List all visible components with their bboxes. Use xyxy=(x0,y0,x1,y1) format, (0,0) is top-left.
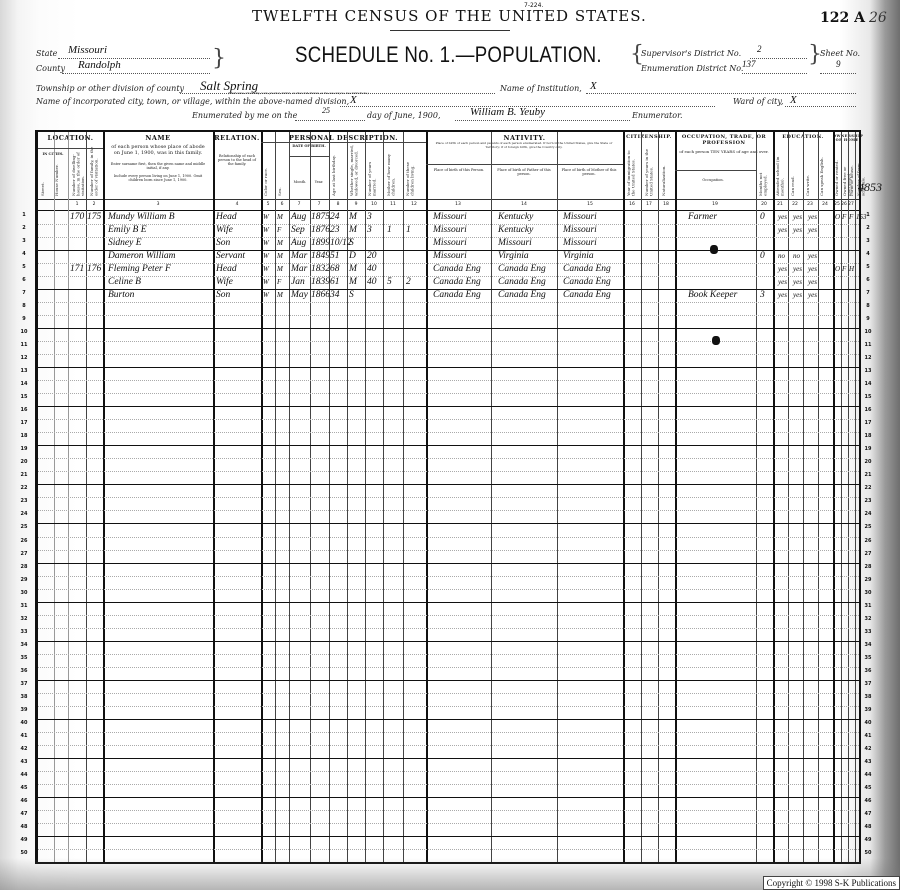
sheet-stamp: 122 A26 xyxy=(820,10,887,26)
row-number-left: 12 xyxy=(18,355,30,361)
row-number-left: 19 xyxy=(18,446,30,452)
row-divider xyxy=(38,537,859,538)
row-divider xyxy=(38,719,859,720)
cell-read: yes xyxy=(778,277,787,288)
name-note-1: Enter surname first, then the given name… xyxy=(108,162,208,170)
state-label: State xyxy=(36,49,57,58)
row-divider xyxy=(38,367,859,368)
row-number-right: 27 xyxy=(862,551,874,557)
township-label: Township or other division of county xyxy=(36,84,184,93)
cell-year: 1866 xyxy=(311,290,330,301)
row-number-right: 36 xyxy=(862,668,874,674)
cell-relation: Son xyxy=(216,290,230,301)
row-number-right: 11 xyxy=(862,342,874,348)
row-divider xyxy=(38,810,859,811)
row-number-right: 19 xyxy=(862,446,874,452)
row-number-left: 50 xyxy=(18,850,30,856)
cell-write: yes xyxy=(793,212,802,223)
row-number-left: 30 xyxy=(18,590,30,596)
cell-birth-father: Kentucky xyxy=(498,225,533,236)
street-header: Street. xyxy=(41,170,45,196)
cell-birth-father: Kentucky xyxy=(498,212,533,223)
row-number-left: 32 xyxy=(18,616,30,622)
cell-write: yes xyxy=(793,225,802,236)
dwelling-header: Number of dwelling-house, in the order o… xyxy=(72,142,85,196)
cell-sex: M xyxy=(277,290,283,301)
cell-years-married: 40 xyxy=(367,264,377,275)
citizenship-header: CITIZENSHIP. xyxy=(623,134,675,140)
row-number-right: 28 xyxy=(862,564,874,570)
cell-write: yes xyxy=(793,290,802,301)
table-row: 170175Mundy William BHeadWMAug187524M3Mi… xyxy=(38,212,859,225)
column-number: 12 xyxy=(408,202,420,207)
header-subdivider xyxy=(426,164,623,165)
row-divider xyxy=(38,732,859,733)
cell-owned: O xyxy=(835,212,840,223)
row-number-left: 33 xyxy=(18,629,30,635)
cell-name: Burton xyxy=(108,290,134,301)
cell-read: no xyxy=(778,251,785,262)
row-number-left: 8 xyxy=(18,303,30,309)
city-value: X xyxy=(350,94,357,106)
column-number: 27 xyxy=(845,202,857,207)
row-divider xyxy=(38,563,859,564)
table-row: Celine BWifeWFJan183961M4052Canada EngCa… xyxy=(38,277,859,290)
cell-marital: S xyxy=(349,290,354,301)
row-number-left: 5 xyxy=(18,264,30,270)
row-divider xyxy=(38,628,859,629)
row-number-left: 26 xyxy=(18,538,30,544)
cell-free: F xyxy=(842,264,846,275)
row-number-left: 31 xyxy=(18,603,30,609)
months-unemployed-header: Months not employed. xyxy=(759,162,768,196)
cell-year: 1832 xyxy=(311,264,330,275)
column-number: 16 xyxy=(626,202,638,207)
row-number-right: 45 xyxy=(862,785,874,791)
cell-age: 34 xyxy=(330,290,340,301)
cell-years-married: 3 xyxy=(367,225,372,236)
cell-write: no xyxy=(793,251,800,262)
row-number-left: 9 xyxy=(18,316,30,322)
cell-birth-father: Canada Eng xyxy=(498,277,546,288)
years-married-header: Number of years married. xyxy=(368,144,377,196)
row-divider xyxy=(38,641,859,642)
cell-free: F xyxy=(842,212,846,223)
row-number-left: 49 xyxy=(18,837,30,843)
row-divider xyxy=(38,836,859,837)
farm-house-header: Farm or house. xyxy=(850,144,854,196)
row-number-right: 23 xyxy=(862,498,874,504)
cell-living: 1 xyxy=(406,225,411,236)
cell-marital: M xyxy=(349,212,357,223)
header-subdivider xyxy=(675,170,756,171)
row-number-right: 47 xyxy=(862,811,874,817)
cell-color: W xyxy=(263,238,269,249)
row-number-right: 44 xyxy=(862,772,874,778)
enumerated-prefix: Enumerated by me on the xyxy=(192,111,297,120)
margin-note: 4853 xyxy=(858,180,882,195)
row-number-right: 31 xyxy=(862,603,874,609)
cell-birth-mother: Missouri xyxy=(563,225,597,236)
row-number-left: 10 xyxy=(18,329,30,335)
row-number-right: 42 xyxy=(862,746,874,752)
row-number-right: 34 xyxy=(862,642,874,648)
row-divider xyxy=(38,354,859,355)
enumerated-day: 25 xyxy=(322,106,330,115)
row-divider xyxy=(38,667,859,668)
cell-marital: D xyxy=(349,251,356,262)
table-row: Dameron WilliamServantWMMar184951D20Miss… xyxy=(38,251,859,264)
cell-sex: M xyxy=(277,264,283,275)
row-number-right: 39 xyxy=(862,707,874,713)
cell-birth-person: Missouri xyxy=(433,251,467,262)
cell-birth-father: Missouri xyxy=(498,238,532,249)
cell-relation: Son xyxy=(216,238,230,249)
column-number: 11 xyxy=(387,202,399,207)
owned-rented-header: Owned or rented. xyxy=(835,144,839,196)
cell-mother-of: 5 xyxy=(387,277,392,288)
schedule-title: SCHEDULE No. 1.—POPULATION. xyxy=(295,42,602,68)
cell-relation: Head xyxy=(216,264,237,275)
row-number-right: 2 xyxy=(862,225,874,231)
row-divider xyxy=(38,654,859,655)
row-divider xyxy=(38,680,859,681)
institution-value: X xyxy=(590,80,597,92)
cell-birth-person: Canada Eng xyxy=(433,277,481,288)
row-number-left: 24 xyxy=(18,511,30,517)
cell-read: yes xyxy=(778,290,787,301)
row-number-right: 8 xyxy=(862,303,874,309)
cell-read: yes xyxy=(778,212,787,223)
row-number-left: 44 xyxy=(18,772,30,778)
cell-month: Aug xyxy=(291,238,306,249)
row-number-left: 40 xyxy=(18,720,30,726)
stamp-number: 122 A xyxy=(820,10,865,26)
header-separator xyxy=(38,199,859,200)
row-number-left: 36 xyxy=(18,668,30,674)
row-number-left: 2 xyxy=(18,225,30,231)
cell-english: yes xyxy=(808,212,817,223)
column-number: 9 xyxy=(350,202,362,207)
row-number-left: 16 xyxy=(18,407,30,413)
cell-english: yes xyxy=(808,277,817,288)
row-number-left: 45 xyxy=(18,785,30,791)
row-number-left: 34 xyxy=(18,642,30,648)
row-number-right: 22 xyxy=(862,485,874,491)
row-number-right: 18 xyxy=(862,433,874,439)
row-number-left: 11 xyxy=(18,342,30,348)
cell-name: Sidney E xyxy=(108,238,142,249)
cell-family: 175 xyxy=(87,212,101,223)
cell-marital: M xyxy=(349,225,357,236)
row-number-right: 20 xyxy=(862,459,874,465)
row-number-right: 12 xyxy=(862,355,874,361)
row-number-left: 15 xyxy=(18,394,30,400)
cell-years-married: 3 xyxy=(367,212,372,223)
row-number-left: 23 xyxy=(18,498,30,504)
row-number-left: 42 xyxy=(18,746,30,752)
ward-value: X xyxy=(790,94,797,106)
row-number-right: 49 xyxy=(862,837,874,843)
column-number: 6 xyxy=(276,202,288,207)
naturalization-header: Naturalization. xyxy=(662,148,666,196)
column-number: 5 xyxy=(262,202,274,207)
row-number-left: 35 xyxy=(18,655,30,661)
row-number-left: 22 xyxy=(18,485,30,491)
row-number-right: 43 xyxy=(862,759,874,765)
cell-sex: F xyxy=(277,277,281,288)
cell-months-unemployed: 3 xyxy=(760,290,765,301)
cell-birth-mother: Canada Eng xyxy=(563,264,611,275)
row-number-left: 6 xyxy=(18,277,30,283)
table-header: LOCATION. IN CITIES. NAME of each person… xyxy=(38,132,859,211)
cell-birth-person: Canada Eng xyxy=(433,264,481,275)
enumeration-label: Enumeration District No. xyxy=(641,64,743,73)
mother-of-header: Mother of how many children. xyxy=(387,144,396,196)
cell-birth-father: Virginia xyxy=(498,251,529,262)
column-number: 21 xyxy=(774,202,786,207)
row-number-right: 3 xyxy=(862,238,874,244)
cell-owned: O xyxy=(835,264,840,275)
cell-birth-person: Canada Eng xyxy=(433,290,481,301)
enumeration-value: 137 xyxy=(742,59,756,69)
relation-description: Relationship of each person to the head … xyxy=(215,154,259,167)
row-divider xyxy=(38,497,859,498)
stamp-mark: 26 xyxy=(869,10,887,26)
row-divider xyxy=(38,445,859,446)
row-divider xyxy=(38,315,859,316)
ward-label: Ward of city, xyxy=(733,97,783,106)
cell-name: Celine B xyxy=(108,277,141,288)
cell-birth-person: Missouri xyxy=(433,225,467,236)
county-line xyxy=(62,73,210,74)
year-header: Year. xyxy=(310,180,328,184)
cell-mother-of: 1 xyxy=(387,225,392,236)
column-number: 15 xyxy=(584,202,596,207)
nativity-description: Place of birth of each person and parent… xyxy=(430,142,618,149)
row-number-left: 39 xyxy=(18,707,30,713)
cell-name: Fleming Peter F xyxy=(108,264,171,275)
column-number: 8 xyxy=(332,202,344,207)
row-divider xyxy=(38,471,859,472)
column-number: 22 xyxy=(789,202,801,207)
dob-subdivider xyxy=(289,156,329,157)
cell-farm: H xyxy=(849,264,854,275)
row-number-right: 35 xyxy=(862,655,874,661)
cell-birth-mother: Canada Eng xyxy=(563,290,611,301)
row-number-right: 17 xyxy=(862,420,874,426)
cell-age: 24 xyxy=(330,212,340,223)
cell-month: Aug xyxy=(291,212,306,223)
family-header: Number of family, in the order of visita… xyxy=(90,142,99,196)
enumerator-label: Enumerator. xyxy=(632,111,683,120)
row-number-right: 10 xyxy=(862,329,874,335)
row-divider xyxy=(38,602,859,603)
title-rule xyxy=(390,30,510,31)
month-header: Month. xyxy=(290,180,310,184)
row-number-right: 41 xyxy=(862,733,874,739)
row-number-left: 38 xyxy=(18,694,30,700)
cell-relation: Head xyxy=(216,212,237,223)
row-number-left: 43 xyxy=(18,759,30,765)
in-cities-header: IN CITIES. xyxy=(38,152,68,156)
supervisor-line xyxy=(750,58,807,59)
enumeration-line xyxy=(742,73,807,74)
can-write-header: Can write. xyxy=(806,144,810,196)
row-divider xyxy=(38,328,859,329)
row-divider xyxy=(38,615,859,616)
column-number: 24 xyxy=(819,202,831,207)
row-number-left: 29 xyxy=(18,577,30,583)
column-number: 1 xyxy=(71,202,83,207)
row-number-left: 18 xyxy=(18,433,30,439)
row-divider xyxy=(38,797,859,798)
row-divider xyxy=(38,393,859,394)
row-number-left: 21 xyxy=(18,472,30,478)
cell-name: Mundy William B xyxy=(108,212,175,223)
column-number: 13 xyxy=(452,202,464,207)
row-number-right: 48 xyxy=(862,824,874,830)
cell-marital: S xyxy=(349,238,354,249)
cell-months-unemployed: 0 xyxy=(760,251,765,262)
institution-line xyxy=(586,93,856,94)
table-row: 171176Fleming Peter FHeadWMMar183268M40C… xyxy=(38,264,859,277)
cell-relation: Servant xyxy=(216,251,245,262)
cell-relation: Wife xyxy=(216,225,233,236)
enumerator-line xyxy=(455,120,630,121)
column-number: 3 xyxy=(152,202,164,207)
cell-dwelling: 170 xyxy=(70,212,84,223)
column-number: 23 xyxy=(804,202,816,207)
row-divider xyxy=(38,706,859,707)
row-number-right: 13 xyxy=(862,368,874,374)
cell-year: 1875 xyxy=(311,212,330,223)
age-header: Age at last birthday. xyxy=(332,144,336,196)
table-row: Sidney ESonWMAug189910/12SMissouriMissou… xyxy=(38,238,859,251)
cell-months-unemployed: 0 xyxy=(760,212,765,223)
row-number-left: 27 xyxy=(18,551,30,557)
row-number-left: 13 xyxy=(18,368,30,374)
name-description: of each person whose place of abode on J… xyxy=(108,144,208,156)
row-number-left: 25 xyxy=(18,524,30,530)
cell-year: 1849 xyxy=(311,251,330,262)
day-line xyxy=(295,120,365,121)
census-page: 7-224. TWELFTH CENSUS OF THE UNITED STAT… xyxy=(0,0,900,890)
cell-color: W xyxy=(263,277,269,288)
enumerator-name: William B. Yeuby xyxy=(470,106,545,118)
column-number: 17 xyxy=(643,202,655,207)
row-divider xyxy=(38,576,859,577)
cell-year: 1839 xyxy=(311,277,330,288)
house-number-header: House Number. xyxy=(55,162,59,196)
supervisor-value: 2 xyxy=(757,44,762,54)
row-divider xyxy=(38,380,859,381)
cell-color: W xyxy=(263,225,269,236)
cell-marital: M xyxy=(349,264,357,275)
sheet-label: Sheet No. xyxy=(820,49,860,58)
state-value: Missouri xyxy=(68,44,107,56)
row-number-right: 46 xyxy=(862,798,874,804)
cell-sex: M xyxy=(277,212,283,223)
row-number-left: 4 xyxy=(18,251,30,257)
cell-occupation: Book Keeper xyxy=(688,290,737,301)
cell-year: 1876 xyxy=(311,225,330,236)
cell-color: W xyxy=(263,264,269,275)
column-number: 2 xyxy=(88,202,100,207)
row-number-right: 33 xyxy=(862,629,874,635)
personal-header: PERSONAL DESCRIPTION. xyxy=(261,134,426,142)
cell-age: 23 xyxy=(330,225,340,236)
row-divider xyxy=(38,406,859,407)
column-number: 19 xyxy=(709,202,721,207)
header-subdivider xyxy=(38,148,103,149)
row-number-left: 7 xyxy=(18,290,30,296)
row-divider xyxy=(38,523,859,524)
row-number-left: 48 xyxy=(18,824,30,830)
table-row: BurtonSonWMMay186634SCanada EngCanada En… xyxy=(38,290,859,303)
cell-year: 1899 xyxy=(311,238,330,249)
cell-birth-mother: Virginia xyxy=(563,251,594,262)
cell-age: 61 xyxy=(330,277,340,288)
cell-sex: M xyxy=(277,251,283,262)
row-number-right: 25 xyxy=(862,524,874,530)
row-divider xyxy=(38,550,859,551)
row-divider xyxy=(38,823,859,824)
column-number: 10 xyxy=(368,202,380,207)
row-number-right: 14 xyxy=(862,381,874,387)
column-number: 18 xyxy=(660,202,672,207)
row-number-right: 1 xyxy=(862,212,874,218)
cell-read: yes xyxy=(778,264,787,275)
cell-english: yes xyxy=(808,251,817,262)
column-number: 20 xyxy=(758,202,770,207)
row-number-right: 29 xyxy=(862,577,874,583)
birth-father-header: Place of birth of Father of this person. xyxy=(493,168,555,176)
row-number-right: 16 xyxy=(862,407,874,413)
years-us-header: Number of years in the United States. xyxy=(645,148,654,196)
cell-birth-person: Missouri xyxy=(433,238,467,249)
county-value: Randolph xyxy=(78,59,121,71)
copyright-notice: Copyright © 1998 S-K Publications xyxy=(763,876,900,890)
row-number-right: 24 xyxy=(862,511,874,517)
name-note-2: Include every person living on June 1, 1… xyxy=(108,174,208,182)
cell-name: Dameron William xyxy=(108,251,175,262)
brace: } xyxy=(212,48,226,70)
cell-birth-mother: Canada Eng xyxy=(563,277,611,288)
cell-english: yes xyxy=(808,290,817,301)
row-number-right: 6 xyxy=(862,277,874,283)
cell-name: Emily B E xyxy=(108,225,147,236)
ink-blot xyxy=(710,245,718,254)
cell-write: yes xyxy=(793,277,802,288)
row-divider xyxy=(38,419,859,420)
column-number: 7 xyxy=(293,202,305,207)
row-divider xyxy=(38,589,859,590)
cell-month: Mar xyxy=(291,264,307,275)
cell-relation: Wife xyxy=(216,277,233,288)
row-number-right: 15 xyxy=(862,394,874,400)
row-number-right: 9 xyxy=(862,316,874,322)
county-label: County xyxy=(36,64,65,73)
cell-english: yes xyxy=(808,225,817,236)
row-divider xyxy=(38,458,859,459)
birth-mother-header: Place of birth of Mother of this person. xyxy=(558,168,620,176)
township-note: (Insert name of township, town, precinct… xyxy=(228,92,369,95)
ink-blot xyxy=(712,336,720,345)
row-divider xyxy=(38,484,859,485)
cell-birth-mother: Missouri xyxy=(563,238,597,249)
row-number-left: 20 xyxy=(18,459,30,465)
